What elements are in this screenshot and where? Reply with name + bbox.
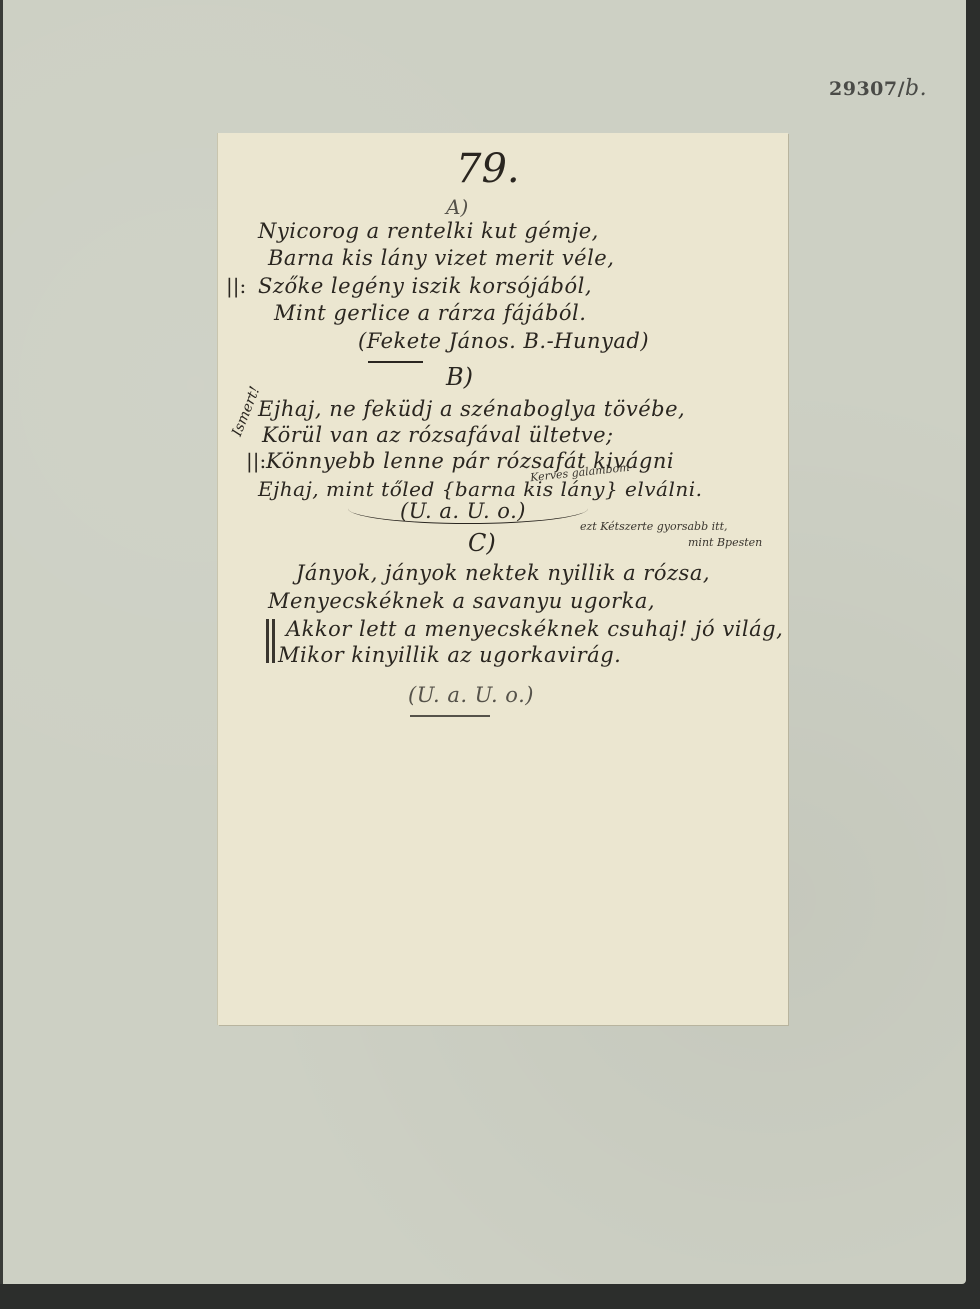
section-a-line-4: Mint gerlice a rárza fájából. (274, 303, 586, 324)
section-c-line-4: Mikor kinyillik az ugorkavirág. (278, 645, 621, 666)
section-a-source: (Fekete János. B.-Hunyad) (358, 331, 649, 352)
section-c-label: C) (468, 531, 496, 555)
section-c-line-1: Jányok, jányok nektek nyillik a rózsa, (296, 563, 710, 584)
section-a-source-underline (368, 361, 423, 363)
section-c-line-2: Menyecskéknek a savanyu ugorka, (268, 591, 655, 612)
section-a-line-2: Barna kis lány vizet merit véle, (268, 248, 614, 269)
section-a-line-3: Szőke legény iszik korsójából, (258, 276, 592, 297)
section-c-repeat-bar-1 (266, 619, 269, 663)
section-b-line-1: Ejhaj, ne feküdj a szénaboglya tövébe, (258, 399, 685, 420)
section-c-line-3: Akkor lett a menyecskéknek csuhaj! jó vi… (286, 619, 783, 640)
manuscript-sheet: 79. A) Nyicorog a rentelki kut gémje, Ba… (218, 133, 788, 1025)
section-b-brace (348, 493, 588, 524)
section-b-tempo-note-2: mint Bpesten (688, 537, 762, 548)
accession-number: 29307/b. (829, 76, 927, 101)
accession-number-main: 29307/ (829, 78, 905, 100)
section-b-repeat-mark: ||: (246, 451, 266, 471)
accession-number-suffix: b. (905, 76, 927, 101)
section-c-source: (U. a. U. o.) (408, 685, 534, 706)
section-a-repeat-mark: ||: (226, 276, 246, 296)
section-a-label: A) (446, 197, 468, 217)
mounting-board: 29307/b. 79. A) Nyicorog a rentelki kut … (0, 0, 966, 1284)
section-c-source-underline (410, 715, 490, 717)
section-b-label: B) (446, 365, 473, 389)
section-a-line-1: Nyicorog a rentelki kut gémje, (258, 221, 599, 242)
section-b-line-2: Körül van az rózsafával ültetve; (262, 425, 614, 446)
song-number: 79. (456, 149, 520, 189)
section-b-tempo-note-1: ezt Kétszerte gyorsabb itt, (580, 521, 728, 532)
section-c-repeat-bar-2 (272, 619, 275, 663)
